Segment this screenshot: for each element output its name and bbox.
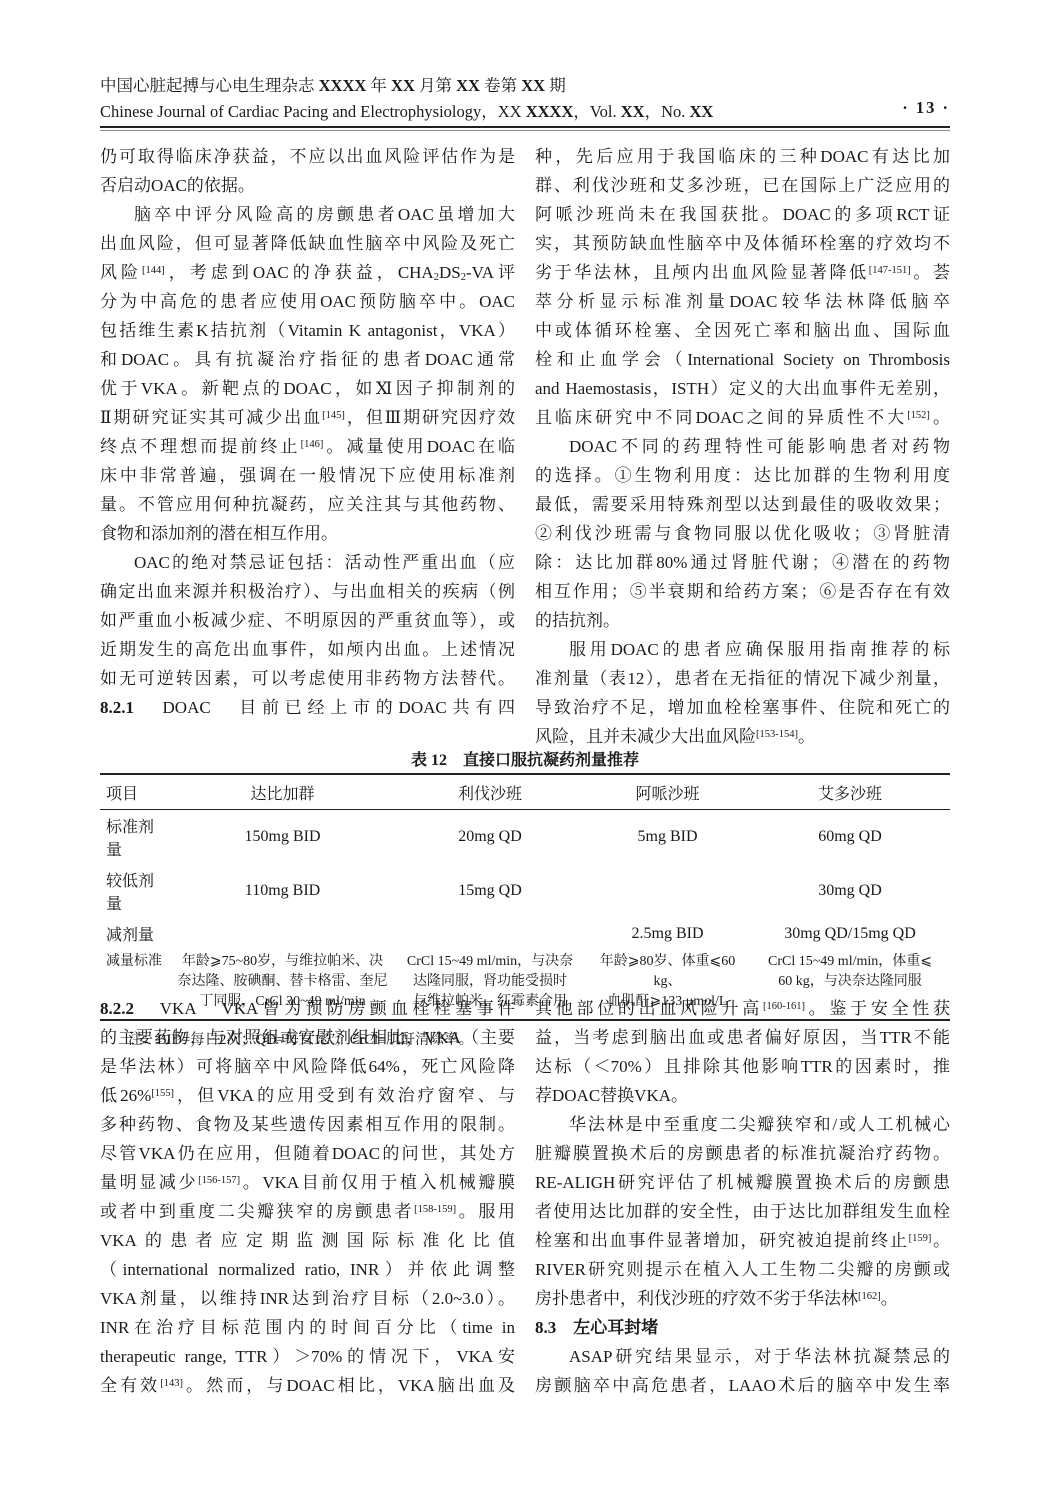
text-line: 华法林是中至重度二尖瓣狭窄和/或人工机械心	[535, 1110, 950, 1139]
text-line: DOAC不同的药理特性可能影响患者对药物	[535, 432, 950, 461]
text-line: 8.2.1 DOAC 目前已经上市的DOAC共有四	[100, 693, 515, 722]
text-line: VKA剂量，以维持INR达到治疗目标（2.0~3.0）。	[100, 1284, 515, 1313]
text-line: 低26%[155]，但VKA的应用受到有效治疗窗窄、与	[100, 1081, 515, 1110]
text-line: 多种药物、食物及某些遗传因素相互作用的限制。	[100, 1110, 515, 1139]
text-line: therapeutic range, TTR）＞70%的情况下，VKA安	[100, 1342, 515, 1371]
text-line: 近期发生的高危出血事件，如颅内出血。上述情况	[100, 635, 515, 664]
text-line: 终点不理想而提前终止[146]。减量使用DOAC在临	[100, 432, 515, 461]
text-line: 达标（＜70%）且排除其他影响TTR的因素时，推	[535, 1052, 950, 1081]
column-top-left: 仍可取得临床净获益，不应以出血风险评估作为是否启动OAC的依据。脑卒中评分风险高…	[100, 142, 515, 722]
text-line: ②利伐沙班需与食物同服以优化吸收；③肾脏清	[535, 519, 950, 548]
text-line: 劣于华法林，且颅内出血风险显著降低[147-151]。荟	[535, 258, 950, 287]
text-line: 床中非常普遍，强调在一般情况下应使用标准剂	[100, 461, 515, 490]
text-line: 最低，需要采用特殊剂型以达到最佳的吸收效果；	[535, 490, 950, 519]
text-line: 否启动OAC的依据。	[100, 171, 515, 200]
text-line: 种，先后应用于我国临床的三种DOAC有达比加	[535, 142, 950, 171]
header-rule	[100, 126, 950, 131]
text-line: 的拮抗剂。	[535, 606, 950, 635]
text-line: INR在治疗目标范围内的时间百分比（time in	[100, 1313, 515, 1342]
text-line: 服用DOAC的患者应确保服用指南推荐的标	[535, 635, 950, 664]
text-line: 群、利伐沙班和艾多沙班，已在国际上广泛应用的	[535, 171, 950, 200]
table-header-cell: 艾多沙班	[750, 774, 950, 810]
table-caption: 表 12 直接口服抗凝药剂量推荐	[100, 749, 950, 773]
table-cell: 110mg BID	[170, 864, 395, 918]
text-line: 房颤脑卒中高危患者，LAAO术后的脑卒中发生率	[535, 1371, 950, 1400]
table-cell: 30mg QD/15mg QD	[750, 918, 950, 949]
text-line: 仍可取得临床净获益，不应以出血风险评估作为是	[100, 142, 515, 171]
text-line: 栓塞和出血事件显著增加，研究被迫提前终止[159]。	[535, 1226, 950, 1255]
text-line: 中或体循环栓塞、全因死亡率和脑出血、国际血	[535, 316, 950, 345]
text-line: VKA的患者应定期监测国际标准化比值	[100, 1226, 515, 1255]
table-row: 标准剂量150mg BID20mg QD5mg BID60mg QD	[100, 810, 950, 865]
text-line: 出血风险，但可显著降低缺血性脑卒中风险及死亡	[100, 229, 515, 258]
table-cell: 150mg BID	[170, 810, 395, 865]
text-line: 优于VKA。新靶点的DOAC，如Ⅺ因子抑制剂的	[100, 374, 515, 403]
text-line: 量明显减少[156-157]。VKA目前仅用于植入机械瓣膜	[100, 1168, 515, 1197]
table-cell	[170, 918, 395, 949]
column-top-right: 种，先后应用于我国临床的三种DOAC有达比加群、利伐沙班和艾多沙班，已在国际上广…	[535, 142, 950, 751]
text-line: 荐DOAC替换VKA。	[535, 1081, 950, 1110]
table-cell: 30mg QD	[750, 864, 950, 918]
text-line: 栓和止血学会（International Society on Thrombos…	[535, 345, 950, 374]
table-cell: 15mg QD	[395, 864, 585, 918]
text-line: 和DOAC。具有抗凝治疗指征的患者DOAC通常	[100, 345, 515, 374]
table-header-cell: 项目	[100, 774, 170, 810]
text-line: 包括维生素K拮抗剂（Vitamin K antagonist，VKA）	[100, 316, 515, 345]
text-line: 量。不管应用何种抗凝药，应关注其与其他药物、	[100, 490, 515, 519]
table-cell	[585, 864, 750, 918]
text-line: 实，其预防缺血性脑卒中及体循环栓塞的疗效均不	[535, 229, 950, 258]
table-header-cell: 利伐沙班	[395, 774, 585, 810]
table-row: 减剂量2.5mg BID30mg QD/15mg QD	[100, 918, 950, 949]
text-line: 房扑患者中，利伐沙班的疗效不劣于华法林[162]。	[535, 1284, 950, 1313]
text-line: 导致治疗不足，增加血栓栓塞事件、住院和死亡的	[535, 693, 950, 722]
text-line: 除：达比加群80%通过肾脏代谢；④潜在的药物	[535, 548, 950, 577]
table-cell: 2.5mg BID	[585, 918, 750, 949]
table-cell: 减剂量	[100, 918, 170, 949]
table-cell: 5mg BID	[585, 810, 750, 865]
text-line: 是华法林）可将脑卒中风险降低64%，死亡风险降	[100, 1052, 515, 1081]
text-line: 相互作用；⑤半衰期和给药方案；⑥是否存在有效	[535, 577, 950, 606]
text-line: 其他部位的出血风险升高[160-161]。鉴于安全性获	[535, 994, 950, 1023]
text-line: 阿哌沙班尚未在我国获批。DOAC的多项RCT证	[535, 200, 950, 229]
table-cell: 20mg QD	[395, 810, 585, 865]
text-line: 分为中高危的患者应使用OAC预防脑卒中。OAC	[100, 287, 515, 316]
text-line: 食物和添加剂的潜在相互作用。	[100, 519, 515, 548]
header-row-en: Chinese Journal of Cardiac Pacing and El…	[100, 98, 950, 122]
text-line: and Haemostasis，ISTH）定义的大出血事件无差别，	[535, 374, 950, 403]
table-cell: 较低剂量	[100, 864, 170, 918]
text-line: 准剂量（表12），患者在无指征的情况下减少剂量，	[535, 664, 950, 693]
column-bottom-left: 8.2.2 VKA VKA曾为预防房颤血栓栓塞事件的主要药物，与对照组或安慰剂组…	[100, 994, 515, 1400]
text-line: 如严重血小板减少症、不明原因的严重贫血等），或	[100, 606, 515, 635]
page-number: · 13 ·	[902, 98, 950, 122]
text-line: 的主要药物，与对照组或安慰剂组相比，VKA（主要	[100, 1023, 515, 1052]
table-cell: 标准剂量	[100, 810, 170, 865]
table-header-cell: 阿哌沙班	[585, 774, 750, 810]
text-line: 如无可逆转因素，可以考虑使用非药物方法替代。	[100, 664, 515, 693]
journal-title-cn: 中国心脏起搏与心电生理杂志 XXXX 年 XX 月第 XX 卷第 XX 期	[100, 72, 950, 96]
text-line: 风险[144]，考虑到OAC的净获益，CHA2DS2-VA评	[100, 258, 515, 287]
text-line: 风险，且并未减少大出血风险[153-154]。	[535, 722, 950, 751]
text-line: 全有效[143]。然而，与DOAC相比，VKA脑出血及	[100, 1371, 515, 1400]
text-line: 者使用达比加群的安全性，由于达比加群组发生血栓	[535, 1197, 950, 1226]
table-cell	[395, 918, 585, 949]
table-row: 较低剂量110mg BID15mg QD30mg QD	[100, 864, 950, 918]
text-line: 益，当考虑到脑出血或患者偏好原因，当TTR不能	[535, 1023, 950, 1052]
text-line: 确定出血来源并积极治疗）、与出血相关的疾病（例	[100, 577, 515, 606]
text-line: 8.3 左心耳封堵	[535, 1313, 950, 1342]
text-line: RIVER研究则提示在植入人工生物二尖瓣的房颤或	[535, 1255, 950, 1284]
text-line: 的选择。①生物利用度：达比加群的生物利用度	[535, 461, 950, 490]
text-line: ASAP研究结果显示，对于华法林抗凝禁忌的	[535, 1342, 950, 1371]
table-cell: 60mg QD	[750, 810, 950, 865]
text-line: RE-ALIGH研究评估了机械瓣膜置换术后的房颤患	[535, 1168, 950, 1197]
table-header-row: 项目达比加群利伐沙班阿哌沙班艾多沙班	[100, 774, 950, 810]
table-header-cell: 达比加群	[170, 774, 395, 810]
dosage-table: 项目达比加群利伐沙班阿哌沙班艾多沙班 标准剂量150mg BID20mg QD5…	[100, 773, 950, 1021]
text-line: 尽管VKA仍在应用，但随着DOAC的问世，其处方	[100, 1139, 515, 1168]
journal-title-en: Chinese Journal of Cardiac Pacing and El…	[100, 98, 713, 122]
text-line: 萃分析显示标准剂量DOAC较华法林降低脑卒	[535, 287, 950, 316]
text-line: 8.2.2 VKA VKA曾为预防房颤血栓栓塞事件	[100, 994, 515, 1023]
text-line: （international normalized ratio, INR）并依此…	[100, 1255, 515, 1284]
text-line: OAC的绝对禁忌证包括：活动性严重出血（应	[100, 548, 515, 577]
journal-page: 中国心脏起搏与心电生理杂志 XXXX 年 XX 月第 XX 卷第 XX 期 Ch…	[0, 0, 1050, 1485]
text-line: 脏瓣膜置换术后的房颤患者的标准抗凝治疗药物。	[535, 1139, 950, 1168]
text-line: 或者中到重度二尖瓣狭窄的房颤患者[158-159]。服用	[100, 1197, 515, 1226]
text-line: Ⅱ期研究证实其可减少出血[145]，但Ⅲ期研究因疗效	[100, 403, 515, 432]
text-line: 且临床研究中不同DOAC之间的异质性不大[152]。	[535, 403, 950, 432]
text-line: 脑卒中评分风险高的房颤患者OAC虽增加大	[100, 200, 515, 229]
column-bottom-right: 其他部位的出血风险升高[160-161]。鉴于安全性获益，当考虑到脑出血或患者偏…	[535, 994, 950, 1400]
